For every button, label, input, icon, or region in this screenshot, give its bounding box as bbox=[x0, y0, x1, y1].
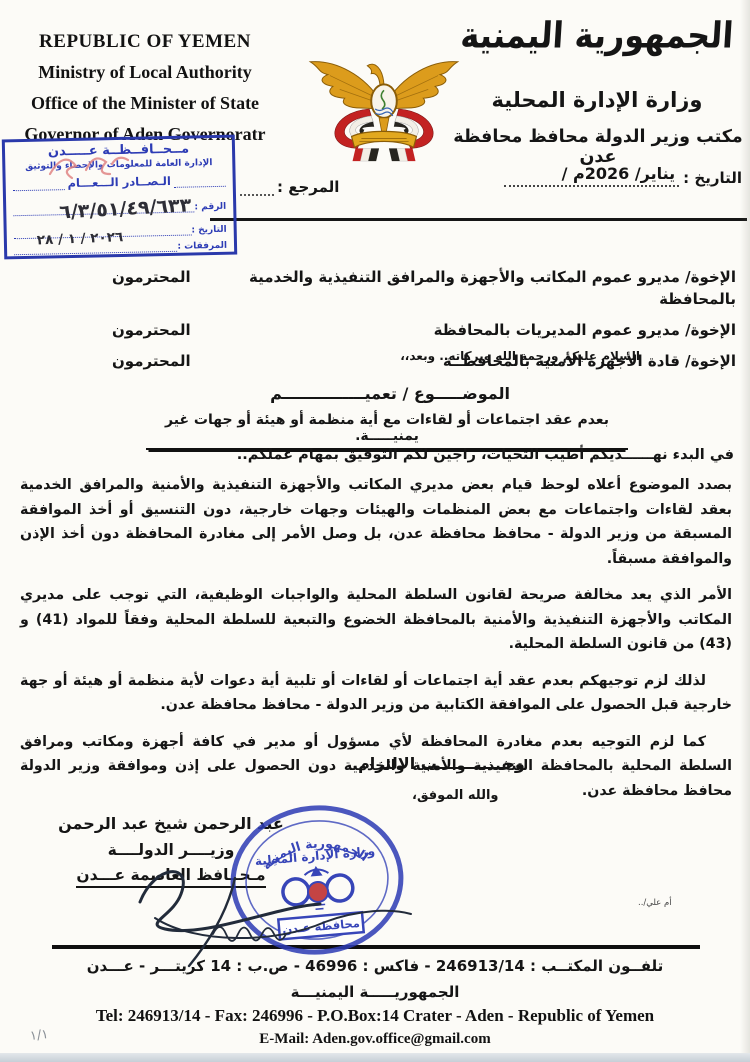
scan-edge-shadow-bottom bbox=[0, 1053, 750, 1062]
ministry-name-en: Ministry of Local Authority bbox=[14, 57, 276, 88]
stamp-handwritten-number: ٦/٣/٥١/٤٩/٦٣٣ bbox=[0, 191, 251, 227]
ministry-name-ar: وزارة الإدارة المحلية bbox=[454, 88, 740, 112]
body-paragraph-2: الأمر الذي يعد مخالفة صريحة لقانون السلط… bbox=[20, 583, 732, 657]
yemen-coat-of-arms-icon bbox=[300, 50, 468, 168]
recipient-row: الإخوة/ مديرو عموم المديريات بالمحافظة ا… bbox=[112, 319, 736, 341]
reference-label: المرجع : bbox=[277, 178, 339, 196]
body-paragraph-3: لذلك لزم توجيهكم بعدم عقد أية اجتماعات أ… bbox=[20, 669, 732, 718]
scanned-letter-page: REPUBLIC OF YEMEN Ministry of Local Auth… bbox=[0, 0, 750, 1062]
footer-country-ar: الجمهوريـــــة اليمنيـــة bbox=[0, 983, 750, 1001]
date-line: التاريخ : / يناير/ 2026م bbox=[492, 164, 742, 187]
recipient-honorific: المحترمون bbox=[112, 266, 191, 310]
stamp-handwritten-date: ٢٠٢٦ / ١ / ٢٨ bbox=[37, 229, 124, 248]
office-name-en: Office of the Minister of State bbox=[14, 88, 276, 119]
country-name-en: REPUBLIC OF YEMEN bbox=[14, 26, 276, 57]
opening-courtesy-line: في البدء نهــــــديكم أطيب التحيات، راجي… bbox=[237, 447, 734, 463]
recipient-title: الإخوة/ مديرو عموم المكاتب والأجهزة والم… bbox=[191, 266, 736, 310]
salutation: السلام عليكم ورحمة الله وبركاته.. وبعد،، bbox=[400, 349, 640, 363]
english-letterhead: REPUBLIC OF YEMEN Ministry of Local Auth… bbox=[14, 26, 276, 150]
body-paragraph-1: بصدد الموضوع أعلاه لوحظ قيام بعض مديري ا… bbox=[20, 473, 732, 571]
red-scribble-mark bbox=[42, 146, 137, 184]
margin-initials-note: أم علي/.. bbox=[638, 898, 672, 908]
header-divider-rule bbox=[210, 218, 747, 221]
stamp-attachments-label: المرفقات : bbox=[177, 241, 227, 252]
recipient-honorific: المحترمون bbox=[112, 350, 191, 372]
date-label: التاريخ : bbox=[683, 169, 742, 187]
date-value: / يناير/ 2026م bbox=[504, 164, 680, 187]
recipients-block: الإخوة/ مديرو عموم المكاتب والأجهزة والم… bbox=[112, 266, 736, 381]
recipient-title: الإخوة/ مديرو عموم المديريات بالمحافظة bbox=[434, 319, 736, 341]
recipient-row: الإخوة/ مديرو عموم المكاتب والأجهزة والم… bbox=[112, 266, 736, 310]
office-name-ar: مكتب وزير الدولة محافظ محافظة عدن bbox=[450, 127, 746, 167]
subject-text: بعدم عقد اجتماعات أو لقاءات مع أية منظمة… bbox=[146, 412, 628, 450]
subject-heading: الموضـــــوع / تعميـــــــــــــــم bbox=[165, 384, 615, 403]
signature-scribble bbox=[85, 852, 455, 970]
footer-email: E-Mail: Aden.gov.office@gmail.com bbox=[0, 1031, 750, 1048]
scan-edge-shadow-right bbox=[740, 0, 750, 1062]
country-name-calligraphy: الجمهورية اليمنية bbox=[453, 14, 742, 57]
page-number: ١/١ bbox=[29, 1027, 49, 1044]
closing-blessing: والله الموفق، bbox=[412, 788, 499, 803]
recipient-honorific: المحترمون bbox=[112, 319, 191, 341]
reference-line: المرجع : bbox=[240, 178, 339, 196]
stamp-date-label: التاريخ : bbox=[191, 225, 226, 236]
footer-contact-en: Tel: 246913/14 - Fax: 246996 - P.O.Box:1… bbox=[0, 1006, 750, 1026]
compliance-directive: وجــــــــــــب الالتزام. bbox=[352, 754, 525, 773]
